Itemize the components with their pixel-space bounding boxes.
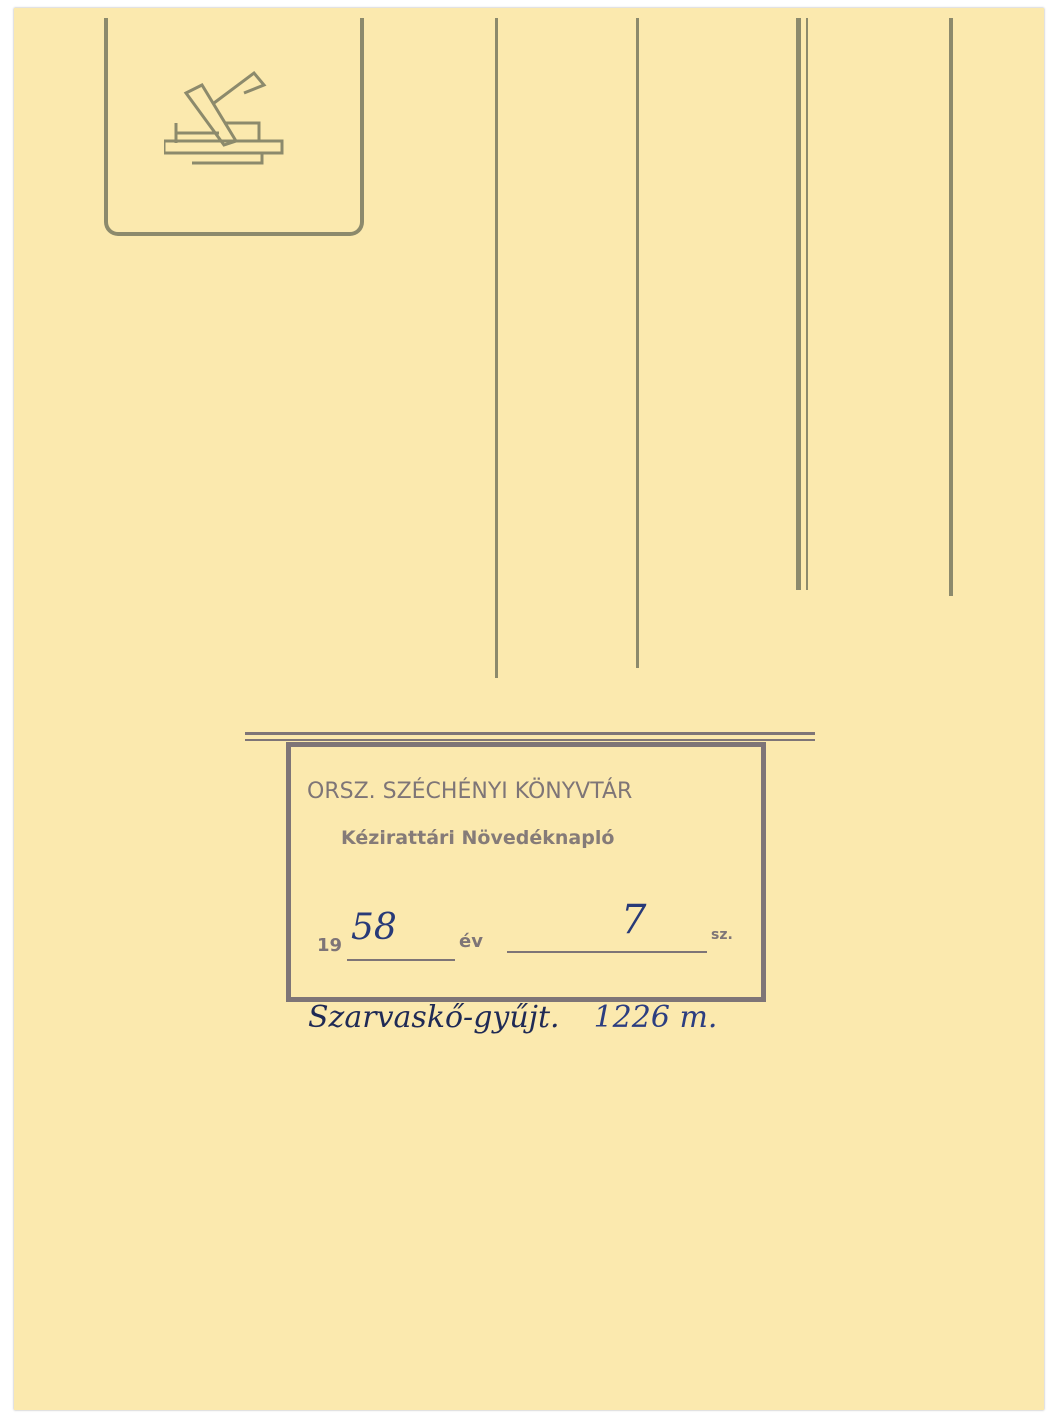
library-stamp: ORSZ. SZÉCHÉNYI KÖNYVTÁR Kézirattári Növ… bbox=[286, 742, 766, 1002]
divider-line bbox=[796, 18, 801, 590]
postcard-back bbox=[14, 8, 1044, 1410]
handwritten-year: 58 bbox=[351, 907, 397, 948]
publisher-monogram-icon bbox=[164, 63, 284, 173]
note-number: 1226 m. bbox=[594, 1000, 718, 1035]
note-place: Szarvaskő-gyűjt. bbox=[308, 1000, 560, 1035]
stamp-sz-label: sz. bbox=[711, 927, 733, 943]
stamp-year-prefix: 19 bbox=[317, 935, 342, 956]
divider-line bbox=[806, 18, 808, 590]
divider-line bbox=[636, 18, 639, 668]
stamp-register-name: Kézirattári Növedéknapló bbox=[341, 827, 614, 849]
year-underline bbox=[347, 959, 455, 961]
number-underline bbox=[507, 951, 707, 953]
divider-line bbox=[949, 18, 953, 596]
handwritten-note: Szarvaskő-gyűjt.1226 m. bbox=[308, 1000, 717, 1035]
stamp-top-rule bbox=[245, 732, 815, 741]
stamp-library-name: ORSZ. SZÉCHÉNYI KÖNYVTÁR bbox=[307, 779, 632, 804]
stamp-ev-label: év bbox=[459, 931, 483, 952]
divider-line bbox=[495, 18, 498, 678]
handwritten-number: 7 bbox=[621, 897, 646, 943]
